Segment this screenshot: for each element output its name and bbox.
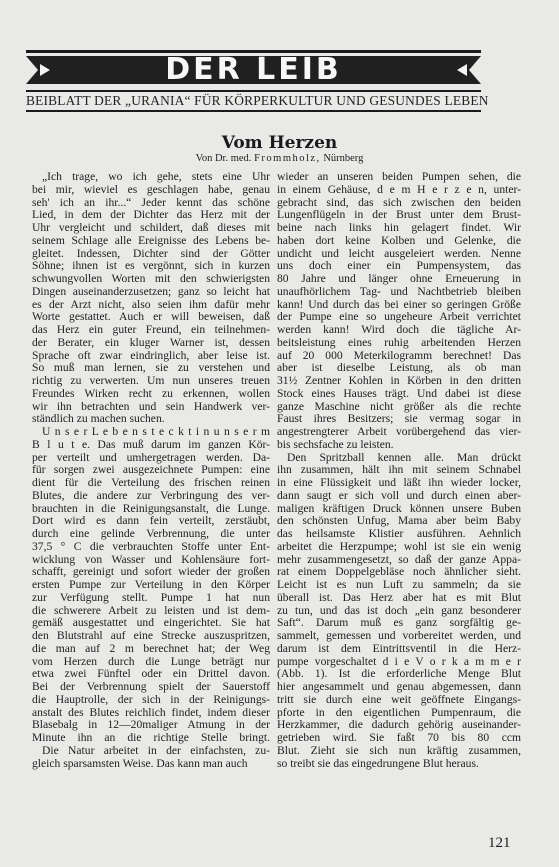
- arrow-left-icon: [457, 64, 467, 76]
- text-line: gleitet. Indessen, Dichter sind der Gött…: [32, 248, 270, 261]
- text-line: so treibt sie das eingedrungene Blut her…: [277, 758, 521, 771]
- text-line: zur Verfügung stellt. Pumpe 1 hat nun: [32, 592, 270, 605]
- text-line: Lied, in dem der Dichter das Herz mit de…: [32, 209, 270, 222]
- text-line: maligen kräftigen Druck können unsere Bu…: [277, 503, 521, 516]
- text-line: den Blutstrahl auf eine Strecke auszuspr…: [32, 630, 270, 643]
- text-line: der Berater, ein kluger Warner ist, dess…: [32, 337, 270, 350]
- text-line: (Abb. 1). Ist die erforderliche Menge Bl…: [277, 668, 521, 681]
- text-line: Bei der Verbrennung spielt der Sauerstof…: [32, 681, 270, 694]
- text-line: die Hauptrolle, der sich in der Reinigun…: [32, 694, 270, 707]
- text-line: wicklung von Wasser und Kohlensäure fort…: [32, 554, 270, 567]
- article-title: Vom Herzen: [0, 133, 559, 153]
- text-line: haben dort keine Kolben und Gelenke, die: [277, 235, 521, 248]
- text-line: in eine Flüssigkeit und läßt ihn wieder …: [277, 477, 521, 490]
- text-line: sammelt, gemessen und vorbereitet werden…: [277, 630, 521, 643]
- text-line: etwa zwei Fünftel oder ein Drittel davon…: [32, 668, 270, 681]
- text-line: 80 Jahre und länger ohne Erneuerung in: [277, 273, 521, 286]
- text-line: brauchten in die Reinigungsanstalt, die …: [32, 503, 270, 516]
- text-line: pumpe vorgeschaltet d i e V o r k a m m …: [277, 656, 521, 669]
- masthead-left-notch: [26, 56, 38, 84]
- text-line: 31½ Zentner Kohlen in Körben in den drit…: [277, 375, 521, 388]
- text-line: bei mir, wieviel es geschlagen habe, gen…: [32, 184, 270, 197]
- text-line: ersten Pumpe zur Verteilung in den Körpe…: [32, 579, 270, 592]
- text-line: den schönsten Unfug, Mama aber beim Baby: [277, 515, 521, 528]
- text-line: per verteilt und umhergetragen werden. D…: [32, 452, 270, 465]
- text-line: überall ist. Das Herz aber hat es mit Bl…: [277, 592, 521, 605]
- text-line: unaufhörlichem Tag- und Nachtbetrieb ble…: [277, 286, 521, 299]
- masthead-right-notch: [469, 56, 481, 84]
- text-line: getrieben wird. Sie faßt 70 bis 80 ccm: [277, 732, 521, 745]
- text-line: So muß man lernen, sie zu verstehen und: [32, 362, 270, 375]
- text-line: in einem Gehäuse, d e m H e r z e n, unt…: [277, 184, 521, 197]
- text-line: dient für die Verteilung des frischen re…: [32, 477, 270, 490]
- masthead-subtitle: BEIBLATT DER „URANIA“ FÜR KÖRPERKULTUR U…: [26, 93, 481, 109]
- text-line: zu tun, und das ist doch „ein ganz beson…: [277, 605, 521, 618]
- text-line: seh' ich an ihr...“ Jeder kennt das schö…: [32, 197, 270, 210]
- text-line: bis sechsfache zu leisten.: [277, 439, 521, 452]
- text-line: aber ist dieselbe Leistung, als ob man: [277, 362, 521, 375]
- text-line: Dort wird es dann fein verteilt, zerstäu…: [32, 515, 270, 528]
- text-line: Blut. Zieht sie sich nun kräftig zusamme…: [277, 745, 521, 758]
- text-line: anstalt des Blutes reichlich findet, ind…: [32, 707, 270, 720]
- text-line: B l u t e. Das muß darum im ganzen Kör-: [32, 439, 270, 452]
- text-line: das Herz ein guter Freund, ein teilnehme…: [32, 324, 270, 337]
- text-line: gebracht sind, das sich zwischen den bei…: [277, 197, 521, 210]
- text-line: gemäß ausgestattet und eingerichtet. Sie…: [32, 617, 270, 630]
- text-line: Blutes, die andere zur Verbringung des v…: [32, 490, 270, 503]
- text-line: arbeitet die Herzpumpe; wohl ist sie ein…: [277, 541, 521, 554]
- text-line: Minute ihn an die richtige Stelle bringt…: [32, 732, 270, 745]
- byline-author: Frommholz,: [254, 153, 321, 164]
- text-line: ständlich zu machen suchen.: [32, 413, 270, 426]
- text-line: tritt sie durch eine weit geöffnete Eing…: [277, 694, 521, 707]
- text-line: Söhne; ihnen ist es vergönnt, sich in ku…: [32, 260, 270, 273]
- text-line: das heilsamste Klistier ausführen. Aehnl…: [277, 528, 521, 541]
- text-line: Den Spritzball kennen alle. Man drückt: [277, 452, 521, 465]
- text-line: U n s e r L e b e n s t e c k t i n u n …: [32, 426, 270, 439]
- text-line: vom Herzen durch die Lunge beträgt nur: [32, 656, 270, 669]
- text-line: schafft, gereinigt und sofort wieder der…: [32, 566, 270, 579]
- text-line: Freundes Wirken recht zu erkennen, wolle…: [32, 388, 270, 401]
- text-line: uns doch einer ein Pumpensystem, das: [277, 260, 521, 273]
- text-line: gleich sparsamsten Weise. Das kann man a…: [32, 758, 270, 771]
- text-line: richtig zu verwerten. Um nun unseres tre…: [32, 375, 270, 388]
- text-line: Herzkammer, die dadurch gehörig auseinan…: [277, 719, 521, 732]
- text-line: die man auf 2 m berechnet hat; der Weg: [32, 643, 270, 656]
- text-line: ganze Maschine nicht größer als die rech…: [277, 401, 521, 414]
- text-line: ihn zusammen, hält ihn mit seinem Schnab…: [277, 464, 521, 477]
- text-line: kann! Und durch das bei einer so geringe…: [277, 299, 521, 312]
- masthead-band: DER LEIB: [26, 56, 481, 84]
- text-line: Leicht ist es nun Luft zu sammeln; da si…: [277, 579, 521, 592]
- text-line: dann saugt er sich voll und durch einen …: [277, 490, 521, 503]
- text-line: beitsleistung eines ruhig arbeitenden He…: [277, 337, 521, 350]
- text-line: „Ich trage, wo ich gehe, stets eine Uhr: [32, 171, 270, 184]
- text-line: undicht und leicht ausgeleiert werden. N…: [277, 248, 521, 261]
- magazine-page: DER LEIB BEIBLATT DER „URANIA“ FÜR KÖRPE…: [0, 0, 559, 867]
- text-line: angestrengterer Arbeit vorübergehend das…: [277, 426, 521, 439]
- text-line: darum ist dem Eintrittsventil in die Her…: [277, 643, 521, 656]
- left-text-column: „Ich trage, wo ich gehe, stets eine Uhrb…: [32, 171, 270, 770]
- masthead-bottom-rule: [26, 110, 481, 112]
- text-line: Blasebalg in 12—20maliger Atmung in der: [32, 719, 270, 732]
- masthead-middle-rule: [26, 90, 481, 92]
- text-line: für sorgen zwei ausgezeichnete Pumpen: e…: [32, 464, 270, 477]
- text-line: Saft“. Darum muß es ganz sorgfältig ge-: [277, 617, 521, 630]
- text-line: auf 20 000 Meterkilogramm berechnet! Das: [277, 350, 521, 363]
- text-line: wieder an unseren beiden Pumpen sehen, d…: [277, 171, 521, 184]
- text-line: es der Arzt nicht, also seien ihm dafür …: [32, 299, 270, 312]
- text-line: Sprache oft zwar eindringlich, aber leis…: [32, 350, 270, 363]
- text-line: Worte gestattet. Auch er will beweisen, …: [32, 311, 270, 324]
- right-text-column: wieder an unseren beiden Pumpen sehen, d…: [277, 171, 521, 770]
- masthead-title: DER LEIB: [159, 56, 348, 84]
- text-line: Lungenflügeln in der Brust unter dem Bru…: [277, 209, 521, 222]
- text-line: durch eine gelinde Verbrennung, die unte…: [32, 528, 270, 541]
- text-line: werden kann! Wird doch die tägliche Ar-: [277, 324, 521, 337]
- text-line: die schwerere Arbeit zu leisten und ist …: [32, 605, 270, 618]
- text-line: mehr zusammengesetzt, so daß der ganze A…: [277, 554, 521, 567]
- text-line: Uhr vergleicht und schildert, daß dieses…: [32, 222, 270, 235]
- byline-prefix: Von Dr. med.: [196, 153, 252, 164]
- text-line: Dingen auseinanderzusetzen; ganz so leic…: [32, 286, 270, 299]
- text-line: wir ihn betrachten und sein Handwerk ver…: [32, 401, 270, 414]
- article-byline: Von Dr. med. Frommholz, Nürnberg: [0, 153, 559, 164]
- text-line: hier angesammelt und genau abgemessen, d…: [277, 681, 521, 694]
- text-line: schwungvollen Worten mit den schwierigst…: [32, 273, 270, 286]
- arrow-right-icon: [40, 64, 50, 76]
- text-line: Faust ihres Besitzers; sie vermag sogar …: [277, 413, 521, 426]
- byline-place: Nürnberg: [323, 153, 363, 164]
- page-number: 121: [488, 835, 511, 852]
- text-line: seinem Schlage alle Ereignisse des Leben…: [32, 235, 270, 248]
- text-line: 37,5 ° C die verbrauchten Stoffe unter E…: [32, 541, 270, 554]
- text-line: der Pumpe eine so ungeheure Arbeit verri…: [277, 311, 521, 324]
- text-line: Die Natur arbeitet in der einfachsten, z…: [32, 745, 270, 758]
- text-line: Stock eines Hauses trägt. Und dabei ist …: [277, 388, 521, 401]
- text-line: beine nach links hin gelagert findet. Wi…: [277, 222, 521, 235]
- text-line: pforte in den eigentlichen Pumpenraum, d…: [277, 707, 521, 720]
- text-line: rat einem Doppelgebläse noch ähnlicher s…: [277, 566, 521, 579]
